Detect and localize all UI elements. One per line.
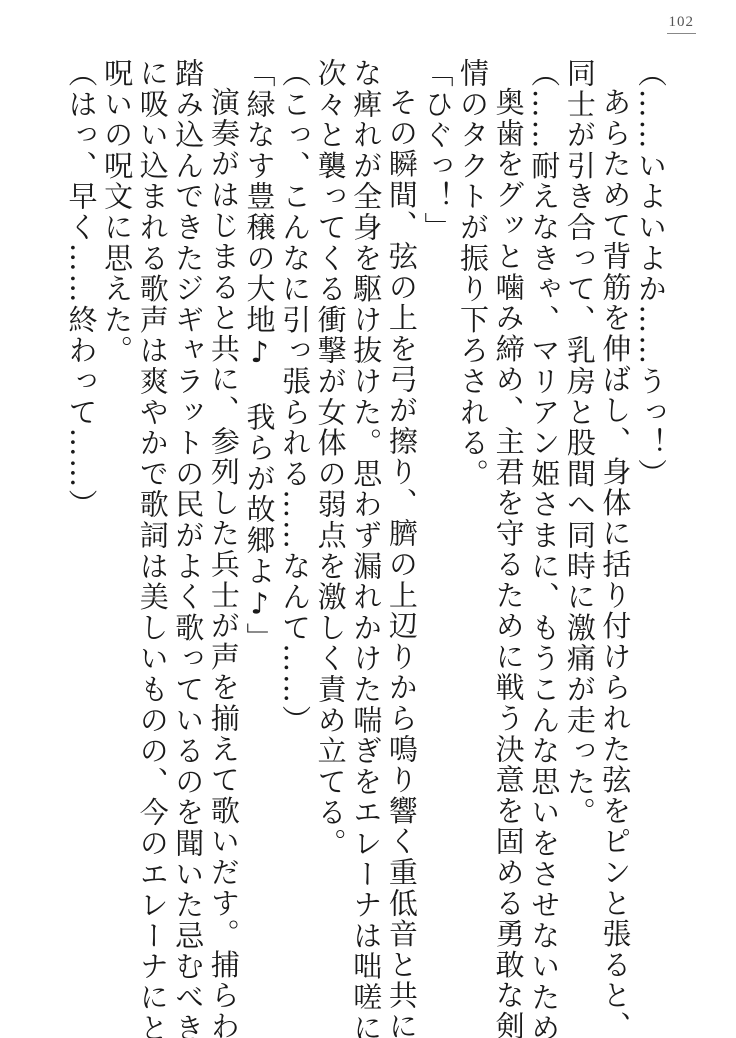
novel-text-body: （……いよいよか……うっ！） あらためて背筋を伸ばし、身体に括り付けられた弦をピ… [63, 58, 668, 1018]
text-line: 次々と襲ってくる衝撃が女体の弱点を激しく責め立てる。 [312, 58, 348, 1018]
text-line: に吸い込まれる歌声は爽やかで歌詞は美しいものの、今のエレーナにとっては地獄へ誘う [134, 58, 170, 1018]
text-line: （……耐えなきゃ、マリアン姫さまに、もうこんな思いをさせないために……） [526, 58, 562, 1018]
text-line: 「ひぐっ！」 [419, 58, 455, 1018]
text-line: 奥歯をグッと噛み締め、主君を守るために戦う決意を固める勇敢な剣士の目の前で、非 [490, 58, 526, 1018]
text-line: （……いよいよか……うっ！） [632, 58, 668, 1018]
text-line: 「緑なす豊穣の大地♪ 我らが故郷よ♪」 [241, 58, 277, 1018]
text-line: その瞬間、弦の上を弓が擦り、臍の上辺りから鳴り響く重低音と共に稲妻を浴びたよう [383, 58, 419, 1018]
text-line: あらためて背筋を伸ばし、身体に括り付けられた弦をピンと張ると、固く起立した肉粒 [597, 58, 633, 1018]
text-line: （こっ、こんなに引っ張られる……なんて……） [276, 58, 312, 1018]
text-line: 演奏がはじまると共に、参列した兵士が声を揃えて歌いだす。捕らわれる前に、祖国に [205, 58, 241, 1018]
text-line: （はっ、早く……終わって……） [63, 58, 99, 1018]
text-line: な痺れが全身を駆け抜けた。思わず漏れかけた喘ぎをエレーナは咄嗟に飲み込むものの、 [348, 58, 384, 1018]
page-number: 102 [667, 14, 697, 34]
text-line: 情のタクトが振り下ろされる。 [454, 58, 490, 1018]
text-line: 呪いの呪文に思えた。 [99, 58, 135, 1018]
text-line: 踏み込んできたジギャラットの民がよく歌っているのを聞いた忌むべき敵国の国家。青空 [170, 58, 206, 1018]
text-line: 同士が引き合って、乳房と股間へ同時に激痛が走った。 [561, 58, 597, 1018]
